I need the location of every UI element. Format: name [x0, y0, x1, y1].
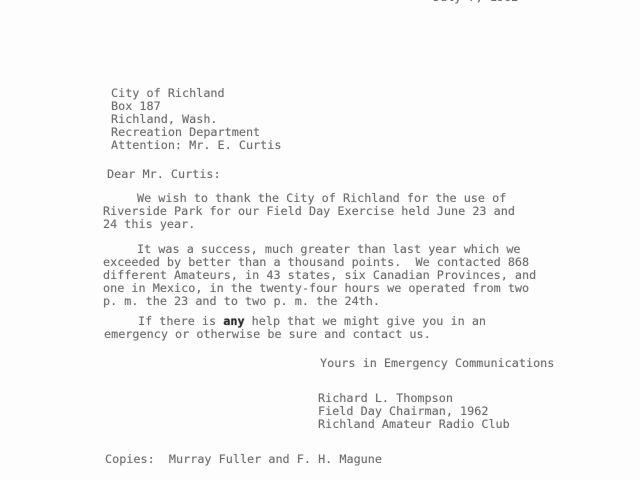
paragraph-text: If there is — [138, 314, 223, 328]
address-line: Attention: Mr. E. Curtis — [111, 139, 281, 152]
paragraph-line: p. m. the 23 and to two p. m. the 24th. — [103, 295, 536, 308]
paragraph-line: 24 this year. — [103, 218, 515, 231]
emphasized-word: any — [223, 314, 244, 328]
scanned-letter-page: July 7, 1962 City of Richland Box 187 Ri… — [0, 0, 640, 480]
salutation: Dear Mr. Curtis: — [107, 168, 221, 181]
paragraph-text: help that we might give you in an — [245, 314, 486, 328]
closing-line: Yours in Emergency Communications — [320, 357, 554, 370]
body-paragraph-3: If there is any help that we might give … — [104, 315, 486, 341]
recipient-address: City of Richland Box 187 Richland, Wash.… — [111, 87, 281, 152]
signature-line: Richland Amateur Radio Club — [318, 418, 510, 431]
body-paragraph-1: We wish to thank the City of Richland fo… — [103, 192, 515, 231]
paragraph-line: emergency or otherwise be sure and conta… — [104, 328, 486, 341]
date-line: July 7, 1962 — [433, 0, 518, 4]
signature-block: Richard L. Thompson Field Day Chairman, … — [318, 392, 510, 431]
body-paragraph-2: It was a success, much greater than last… — [103, 243, 536, 308]
copies-line: Copies: Murray Fuller and F. H. Magune — [105, 453, 382, 466]
